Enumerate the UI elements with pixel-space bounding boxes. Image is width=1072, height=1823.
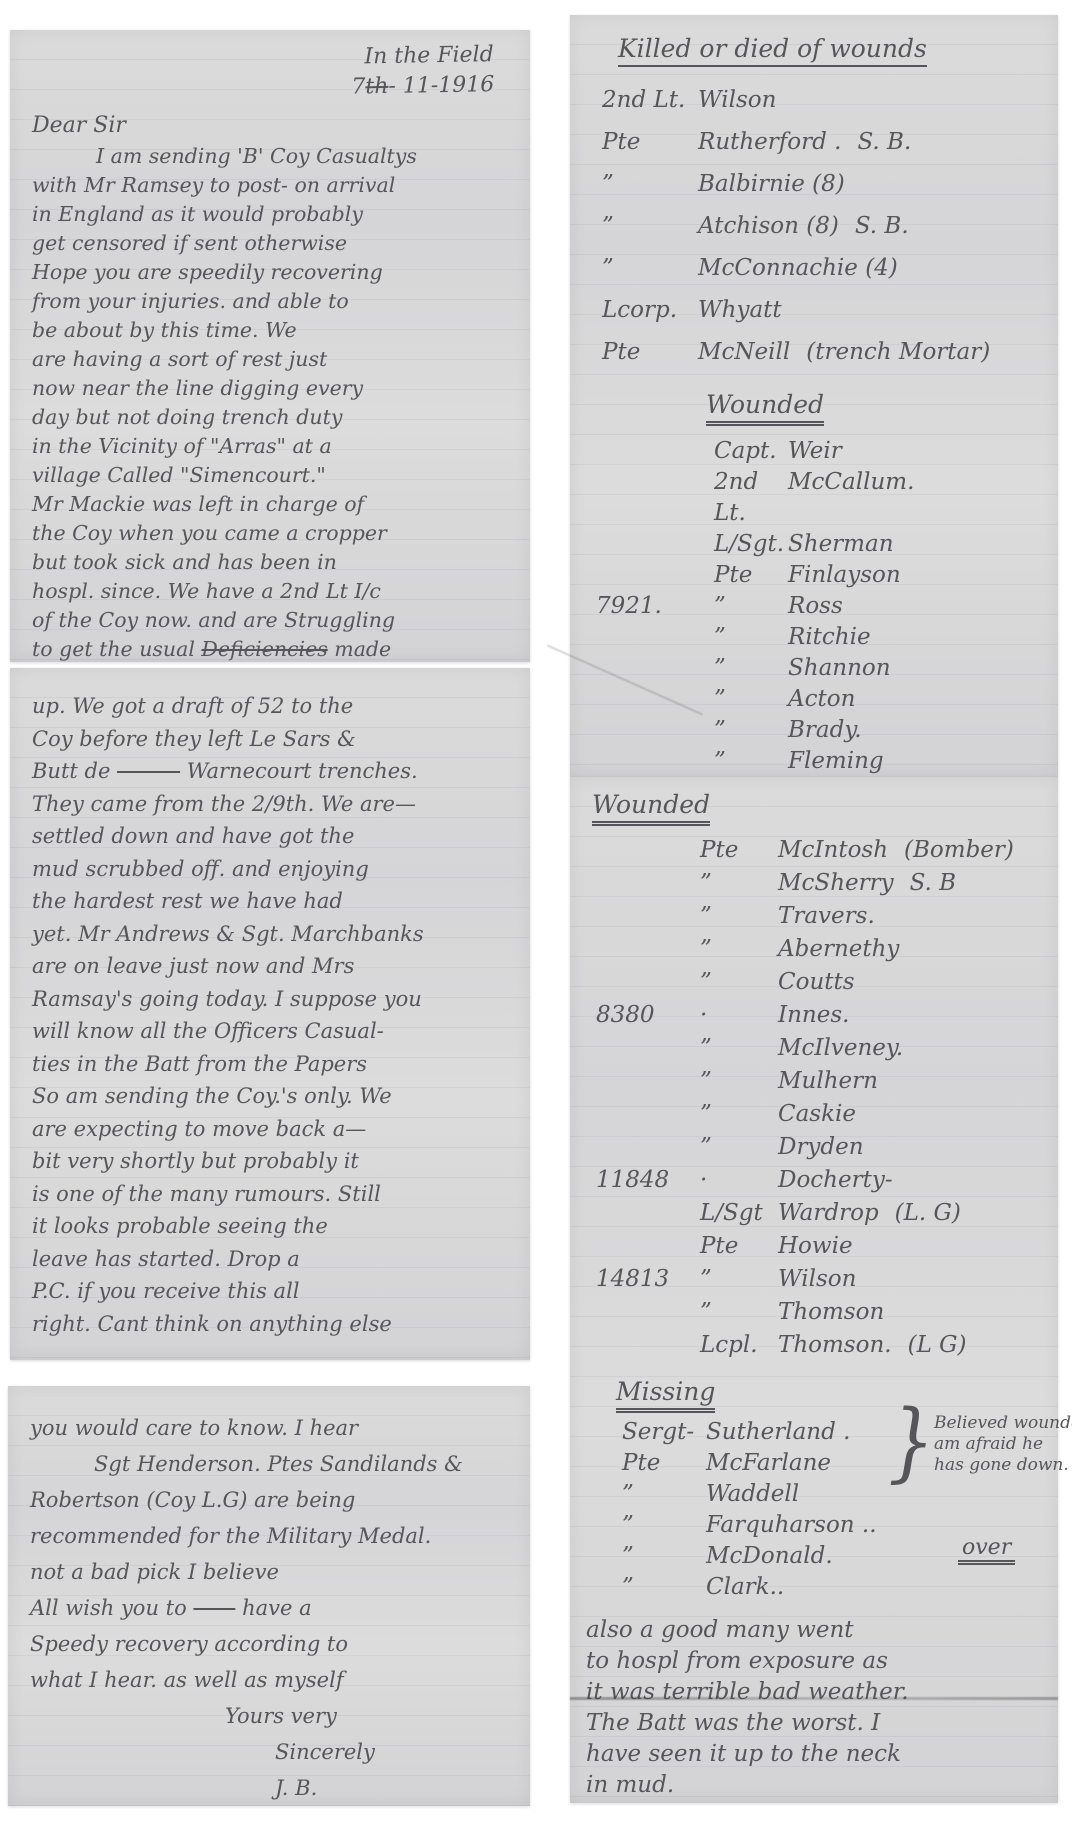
letter-line: are on leave just now and Mrs: [32, 950, 508, 983]
letter-line: the hardest rest we have had: [32, 885, 508, 918]
casualty-row: ”Thomson: [586, 1296, 1042, 1329]
row-rank: ”: [700, 900, 778, 933]
row-rank: ”: [700, 1263, 778, 1296]
letter-line: to get the usual Deficiencies made: [32, 635, 508, 664]
row-name: Mulhern: [778, 1065, 878, 1098]
row-rank: 2nd Lt.: [602, 79, 698, 121]
row-note: (L. G): [895, 1197, 961, 1230]
row-name: Waddell: [706, 1479, 799, 1510]
row-name: Docherty-: [778, 1164, 893, 1197]
casualty-row: L/Sgt.Sherman: [588, 529, 1040, 560]
row-rank: ”: [700, 1296, 778, 1329]
scanned-letter-background: In the Field 7th- 11-1916 Dear Sir I am …: [0, 0, 1072, 1823]
row-rank: ”: [700, 1098, 778, 1131]
letter-line: Speedy recovery according to: [30, 1626, 508, 1662]
letter-page-1-lines: I am sending 'B' Coy Casualtyswith Mr Ra…: [32, 142, 508, 664]
row-rank: Pte: [602, 331, 698, 373]
row-rank: Pte: [602, 121, 698, 163]
letter-line: day but not doing trench duty: [32, 403, 508, 432]
row-name: Coutts: [778, 966, 855, 999]
row-name: Acton: [788, 684, 855, 715]
row-name: Howie: [778, 1230, 853, 1263]
letter-line: what I hear. as well as myself: [30, 1662, 508, 1698]
casualty-row: 2nd Lt.McCallum.: [588, 467, 1040, 529]
row-name: Sherman: [788, 529, 894, 560]
casualty-row: 14813”Wilson: [586, 1263, 1042, 1296]
row-name: Finlayson: [788, 560, 901, 591]
row-name: McDonald.: [706, 1541, 833, 1572]
letter-line: Hope you are speedily recovering: [32, 258, 508, 287]
casualty-row: ”Fleming: [588, 746, 1040, 777]
row-rank: ·: [700, 999, 778, 1032]
letter-page-2-lines: up. We got a draft of 52 to theCoy befor…: [32, 690, 508, 1340]
letter-line: P.C. if you receive this all: [32, 1275, 508, 1308]
casualty-row: ”Clark..: [586, 1572, 1042, 1603]
letter-page-3: you would care to know. I hearSgt Hender…: [8, 1386, 530, 1806]
row-name: Ritchie: [788, 622, 871, 653]
casualty-row: ”Waddell: [586, 1479, 1042, 1510]
row-rank: ”: [714, 653, 788, 684]
casualty-row: ”Caskie: [586, 1098, 1042, 1131]
row-rank: ”: [622, 1510, 706, 1541]
row-note: (trench Mortar): [806, 331, 990, 373]
letter-line: village Called "Simencourt.": [32, 461, 508, 490]
casualty-page-1: Killed or died of wounds 2nd Lt.WilsonPt…: [570, 15, 1058, 777]
row-name: Balbirnie (8): [698, 163, 845, 205]
row-rank: Pte: [700, 834, 778, 867]
casualty-footnote: also a good many wentto hospl from expos…: [586, 1615, 1042, 1801]
casualty-row: L/SgtWardrop(L. G): [586, 1197, 1042, 1230]
casualty-row: ”McIlveney.: [586, 1032, 1042, 1065]
letter-page-3-lines: you would care to know. I hearSgt Hender…: [30, 1410, 508, 1806]
footnote-line: have seen it up to the neck: [586, 1739, 1042, 1770]
casualty-row: ”Mulhern: [586, 1065, 1042, 1098]
letter-line: you would care to know. I hear: [30, 1410, 508, 1446]
casualty-row: ”Ritchie: [588, 622, 1040, 653]
letter-line: in England as it would probably: [32, 200, 508, 229]
row-name: Fleming: [788, 746, 884, 777]
row-name: Innes.: [778, 999, 849, 1032]
casualty-row: ”McSherryS. B: [586, 867, 1042, 900]
row-rank: ”: [622, 1572, 706, 1603]
letter-line: Coy before they left Le Sars &: [32, 723, 508, 756]
wounded-list-1: Capt.Weir2nd Lt.McCallum.L/Sgt.ShermanPt…: [588, 436, 1040, 808]
letter-line: is one of the many rumours. Still: [32, 1178, 508, 1211]
crease-line: [570, 1697, 1058, 1700]
row-name: McFarlane: [706, 1448, 831, 1479]
letter-line: They came from the 2/9th. We are—: [32, 788, 508, 821]
casualty-row: ”Shannon: [588, 653, 1040, 684]
casualty-row: Lcpl.Thomson.(L G): [586, 1329, 1042, 1362]
letter-line: it looks probable seeing the: [32, 1210, 508, 1243]
row-name: Clark..: [706, 1572, 784, 1603]
row-name: McConnachie (4): [698, 247, 898, 289]
letter-line: with Mr Ramsey to post- on arrival: [32, 171, 508, 200]
letter-line: Yours very: [30, 1698, 508, 1734]
row-name: McNeill: [698, 331, 790, 373]
casualty-row: PteHowie: [586, 1230, 1042, 1263]
over-label: over: [958, 1535, 1015, 1565]
row-number: 14813: [586, 1263, 700, 1296]
casualty-row: ”Brady.: [588, 715, 1040, 746]
row-rank: L/Sgt.: [714, 529, 788, 560]
row-name: Thomson.: [778, 1329, 892, 1362]
wounded-heading-1: Wounded: [706, 389, 824, 426]
row-name: Ross: [788, 591, 843, 622]
letter-line: I am sending 'B' Coy Casualtys: [32, 142, 508, 171]
letter-page-2: up. We got a draft of 52 to theCoy befor…: [10, 668, 530, 1360]
casualty-row: 8380·Innes.: [586, 999, 1042, 1032]
letter-line: yet. Mr Andrews & Sgt. Marchbanks: [32, 918, 508, 951]
row-name: McCallum.: [788, 467, 914, 498]
killed-list: 2nd Lt.WilsonPteRutherford .S. B.”Balbir…: [588, 79, 1040, 373]
row-name: Whyatt: [698, 289, 782, 331]
row-rank: ”: [700, 1032, 778, 1065]
casualty-row: ”Balbirnie (8): [588, 163, 1040, 205]
row-rank: ”: [700, 966, 778, 999]
row-number: 7921.: [588, 591, 714, 622]
footnote-line: to hospl from exposure as: [586, 1646, 1042, 1677]
row-name: McIlveney.: [778, 1032, 903, 1065]
row-rank: Pte: [700, 1230, 778, 1263]
letter-line: recommended for the Military Medal.: [30, 1518, 508, 1554]
row-rank: Sergt-: [622, 1417, 706, 1448]
row-note: (L G): [908, 1329, 967, 1362]
footnote-line: also a good many went: [586, 1615, 1042, 1646]
letter-line: right. Cant think on anything else: [32, 1308, 508, 1341]
row-rank: ”: [700, 1131, 778, 1164]
missing-heading: Missing: [616, 1376, 715, 1413]
row-rank: Lcorp.: [602, 289, 698, 331]
letter-line: of the Coy now. and are Struggling: [32, 606, 508, 635]
row-rank: ”: [714, 746, 788, 777]
wounded-heading-2: Wounded: [592, 789, 710, 826]
row-name: Shannon: [788, 653, 891, 684]
letter-line: not a bad pick I believe: [30, 1554, 508, 1590]
casualty-row: 7921.”Ross: [588, 591, 1040, 622]
letter-line: mud scrubbed off. and enjoying: [32, 853, 508, 886]
letter-line: the Coy when you came a cropper: [32, 519, 508, 548]
row-rank: 2nd Lt.: [714, 467, 788, 529]
letter-line: Butt de ——— Warnecourt trenches.: [32, 755, 508, 788]
casualty-row: PteRutherford .S. B.: [588, 121, 1040, 163]
row-name: Wilson: [778, 1263, 856, 1296]
casualty-row: 11848·Docherty-: [586, 1164, 1042, 1197]
letter-line: are expecting to move back a—: [32, 1113, 508, 1146]
letter-line: will know all the Officers Casual-: [32, 1015, 508, 1048]
letter-line: settled down and have got the: [32, 820, 508, 853]
casualty-page-2: Wounded PteMcIntosh(Bomber)”McSherryS. B…: [570, 777, 1058, 1803]
row-rank: ”: [700, 867, 778, 900]
row-name: Weir: [788, 436, 842, 467]
footnote-line: it was terrible bad weather.: [586, 1677, 1042, 1708]
letter-line: So am sending the Coy.'s only. We: [32, 1080, 508, 1113]
letter-salutation: Dear Sir: [32, 110, 508, 142]
row-name: Wilson: [698, 79, 776, 121]
letter-page-1: In the Field 7th- 11-1916 Dear Sir I am …: [10, 30, 530, 662]
row-rank: ”: [714, 622, 788, 653]
row-name: McIntosh: [778, 834, 888, 867]
row-rank: Pte: [714, 560, 788, 591]
letter-line: All wish you to —— have a: [30, 1590, 508, 1626]
casualty-row: 2nd Lt.Wilson: [588, 79, 1040, 121]
casualty-row: Capt.Weir: [588, 436, 1040, 467]
letter-line: but took sick and has been in: [32, 548, 508, 577]
row-name: Brady.: [788, 715, 862, 746]
row-note: S. B: [910, 867, 956, 900]
row-name: Abernethy: [778, 933, 899, 966]
casualty-row: ”Travers.: [586, 900, 1042, 933]
row-rank: Lcpl.: [700, 1329, 778, 1362]
row-note: S. B.: [858, 121, 912, 163]
row-name: Farquharson ..: [706, 1510, 877, 1541]
row-name: McSherry: [778, 867, 894, 900]
row-rank: ”: [622, 1541, 706, 1572]
footnote-line: The Batt was the worst. I: [586, 1708, 1042, 1739]
casualty-row: Lcorp.Whyatt: [588, 289, 1040, 331]
letter-line: ties in the Batt from the Papers: [32, 1048, 508, 1081]
footnote-line: in mud.: [586, 1770, 1042, 1801]
letter-line: be about by this time. We: [32, 316, 508, 345]
letter-header: In the Field 7th- 11-1916: [32, 40, 509, 108]
row-rank: Pte: [622, 1448, 706, 1479]
row-rank: ”: [602, 205, 698, 247]
letter-line: in the Vicinity of "Arras" at a: [32, 432, 508, 461]
letter-line: are having a sort of rest just: [32, 345, 508, 374]
row-name: Rutherford .: [698, 121, 842, 163]
casualty-row: ”Acton: [588, 684, 1040, 715]
row-rank: ”: [622, 1479, 706, 1510]
row-name: Wardrop: [778, 1197, 879, 1230]
letter-line: hospl. since. We have a 2nd Lt I/c: [32, 577, 508, 606]
letter-line: leave has started. Drop a: [32, 1243, 508, 1276]
letter-line: Sgt Henderson. Ptes Sandilands &: [30, 1446, 508, 1482]
missing-note: Believed woundedam afraid hehas gone dow…: [934, 1413, 1072, 1476]
row-number: 8380: [586, 999, 700, 1032]
killed-heading: Killed or died of wounds: [618, 33, 927, 67]
row-name: Caskie: [778, 1098, 856, 1131]
letter-line: J. B.: [30, 1770, 508, 1806]
letter-line: Mr Mackie was left in charge of: [32, 490, 508, 519]
row-rank: ·: [700, 1164, 778, 1197]
row-rank: ”: [700, 1065, 778, 1098]
row-rank: ”: [602, 163, 698, 205]
casualty-row: PteMcNeill(trench Mortar): [588, 331, 1040, 373]
row-name: Dryden: [778, 1131, 864, 1164]
row-name: Travers.: [778, 900, 875, 933]
wounded-list-2: PteMcIntosh(Bomber)”McSherryS. B”Travers…: [586, 834, 1042, 1362]
casualty-row: ”McConnachie (4): [588, 247, 1040, 289]
row-rank: L/Sgt: [700, 1197, 778, 1230]
missing-section: Sergt-Sutherland .PteMcFarlane”Waddell”F…: [586, 1417, 1042, 1603]
row-rank: Capt.: [714, 436, 788, 467]
row-rank: ”: [714, 715, 788, 746]
letter-line: get censored if sent otherwise: [32, 229, 508, 258]
letter-line: from your injuries. and able to: [32, 287, 508, 316]
row-note: S. B.: [855, 205, 909, 247]
casualty-row: ”Coutts: [586, 966, 1042, 999]
row-rank: ”: [714, 591, 788, 622]
row-name: Atchison (8): [698, 205, 839, 247]
letter-line: Sincerely: [30, 1734, 508, 1770]
casualty-row: ”Atchison (8)S. B.: [588, 205, 1040, 247]
letter-line: Ramsay's going today. I suppose you: [32, 983, 508, 1016]
letter-line: Robertson (Coy L.G) are being: [30, 1482, 508, 1518]
casualty-row: ”Dryden: [586, 1131, 1042, 1164]
row-name: Sutherland .: [706, 1417, 850, 1448]
letter-line: now near the line digging every: [32, 374, 508, 403]
letter-line: bit very shortly but probably it: [32, 1145, 508, 1178]
row-rank: ”: [602, 247, 698, 289]
letter-line: up. We got a draft of 52 to the: [32, 690, 508, 723]
brace-mark: }: [888, 1407, 935, 1477]
row-rank: ”: [700, 933, 778, 966]
row-number: 11848: [586, 1164, 700, 1197]
casualty-row: ”Abernethy: [586, 933, 1042, 966]
row-name: Thomson: [778, 1296, 884, 1329]
casualty-row: PteFinlayson: [588, 560, 1040, 591]
row-note: (Bomber): [904, 834, 1014, 867]
casualty-row: PteMcIntosh(Bomber): [586, 834, 1042, 867]
row-rank: ”: [714, 684, 788, 715]
